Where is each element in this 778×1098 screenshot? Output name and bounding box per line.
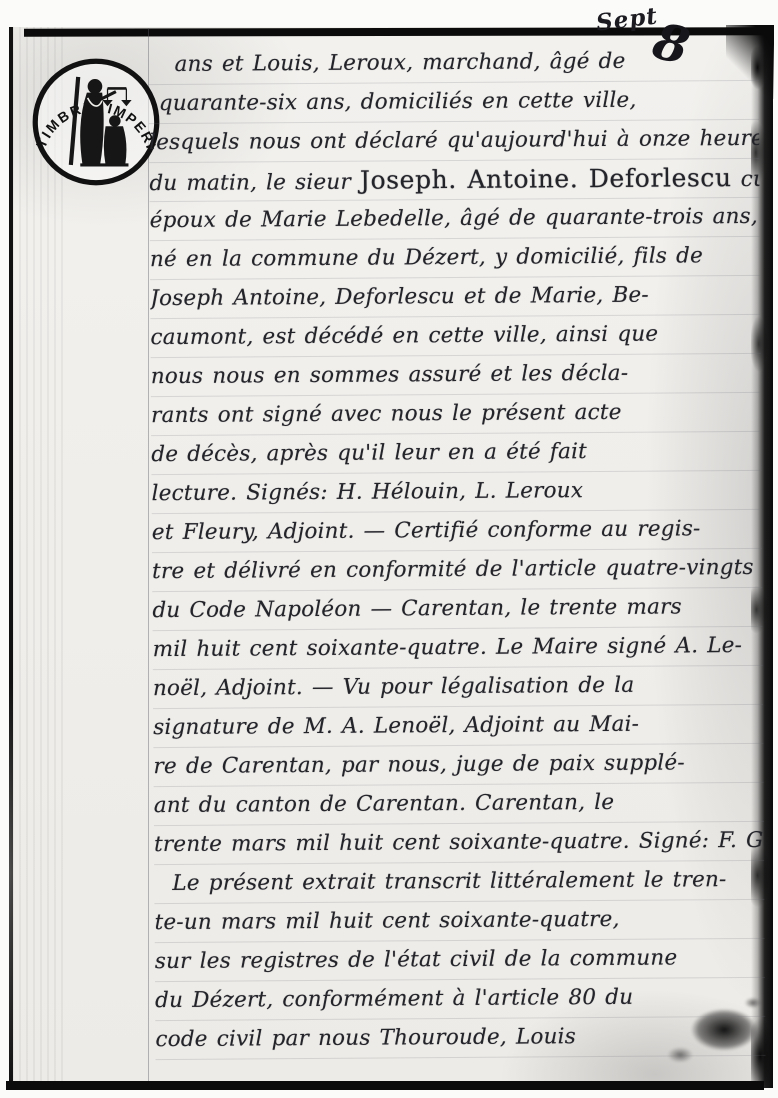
handwritten-line: te-un mars mil huit cent soixante-quatre… <box>154 900 764 943</box>
document-scan: Sept 8 TIMBRE IMPERIAL <box>0 0 778 1098</box>
handwritten-line: du Code Napoléon — Carentan, le trente m… <box>152 588 762 631</box>
handwritten-line: nous nous en sommes assuré et les décla- <box>151 354 761 397</box>
handwritten-line: re de Carentan, par nous, juge de paix s… <box>153 744 763 787</box>
handwritten-line: quarante-six ans, domiciliés en cette vi… <box>149 81 759 124</box>
handwritten-line: caumont, est décédé en cette ville, ains… <box>150 315 760 358</box>
handwritten-line: ant du canton de Carentan. Carentan, le <box>154 783 764 826</box>
handwritten-line: et Fleury, Adjoint. — Certifié conforme … <box>152 510 762 553</box>
handwritten-line: lecture. Signés: H. Hélouin, L. Leroux <box>151 471 761 514</box>
handwritten-line: sur les registres de l'état civil de la … <box>155 939 765 982</box>
handwritten-line: de décès, après qu'il leur en a été fait <box>151 432 761 475</box>
handwritten-text-block: ans et Louis, Leroux, marchand, âgé de q… <box>148 42 765 1060</box>
handwritten-line: né en la commune du Dézert, y domicilié,… <box>150 237 760 280</box>
deceased-name-text: Joseph. Antoine. Deforlescu <box>360 163 732 195</box>
scan-border-left <box>9 27 13 1085</box>
handwritten-line: époux de Marie Lebedelle, âgé de quarant… <box>150 198 760 241</box>
line-text: cultivateur, <box>732 166 760 192</box>
handwritten-line: Le présent extrait transcrit littéraleme… <box>154 861 764 904</box>
handwritten-line: du Dézert, conformément à l'article 80 d… <box>155 978 765 1021</box>
handwritten-line: ans et Louis, Leroux, marchand, âgé de <box>148 42 758 85</box>
stamp-seal-icon: TIMBRE IMPERIAL <box>30 56 162 188</box>
handwritten-line: du matin, le sieur Joseph. Antoine. Defo… <box>149 159 759 202</box>
handwritten-line: code civil par nous Thouroude, Louis <box>155 1017 765 1060</box>
scan-border-bottom <box>6 1081 764 1090</box>
handwritten-line: tre et délivré en conformité de l'articl… <box>152 549 762 592</box>
handwritten-line: lesquels nous ont déclaré qu'aujourd'hui… <box>149 120 759 163</box>
handwritten-line: noël, Adjoint. — Vu pour légalisation de… <box>153 666 763 709</box>
handwritten-line: Joseph Antoine, Deforlescu et de Marie, … <box>150 276 760 319</box>
timbre-imperial-stamp: TIMBRE IMPERIAL <box>30 56 162 188</box>
handwritten-line: signature de M. A. Lenoël, Adjoint au Ma… <box>153 705 763 748</box>
handwritten-line: rants ont signé avec nous le présent act… <box>151 393 761 436</box>
line-text: du matin, le sieur <box>149 170 360 196</box>
handwritten-line: mil huit cent soixante-quatre. Le Maire … <box>153 627 763 670</box>
handwritten-line: trente mars mil huit cent soixante-quatr… <box>154 822 764 865</box>
